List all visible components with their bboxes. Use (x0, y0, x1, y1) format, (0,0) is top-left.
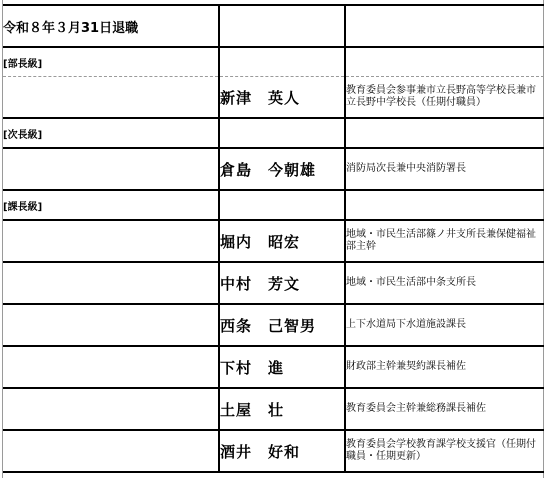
empty-cell (3, 430, 219, 472)
rank-header-row: [次長級] (3, 118, 544, 148)
title-row: 令和８年３月31日退職 (3, 5, 544, 47)
rank-header-row: [課長級] (3, 190, 544, 220)
table-row: 下村 進 財政部主幹兼契約課長補佐 (3, 346, 544, 388)
table-row: 西条 己智男 上下水道局下水道施設課長 (3, 304, 544, 346)
empty-cell (345, 190, 544, 220)
person-name: 中村 芳文 (219, 262, 345, 304)
rank-label-kacho: [課長級] (3, 190, 219, 220)
empty-cell (3, 262, 219, 304)
empty-cell (345, 118, 544, 148)
rank-label-jicho: [次長級] (3, 118, 219, 148)
table-row: 倉島 今朝雄 消防局次長兼中央消防署長 (3, 148, 544, 190)
person-name: 土屋 壮 (219, 388, 345, 430)
empty-cell (3, 304, 219, 346)
empty-cell (3, 220, 219, 262)
table-row: 土屋 壮 教育委員会主幹兼総務課長補佐 (3, 388, 544, 430)
person-post: 教育委員会参事兼市立長野高等学校長兼市立長野中学校長（任期付職員） (345, 77, 544, 119)
rank-label-bucho: [部長級] (3, 47, 219, 77)
person-post: 教育委員会主幹兼総務課長補佐 (345, 388, 544, 430)
person-post: 財政部主幹兼契約課長補佐 (345, 346, 544, 388)
person-name: 酒井 好和 (219, 430, 345, 472)
rank-header-row: [部長級] (3, 47, 544, 77)
empty-cell (219, 47, 345, 77)
person-post: 教育委員会学校教育課学校支援官（任期付職員・任期更新） (345, 430, 544, 472)
empty-cell (345, 47, 544, 77)
empty-cell (3, 77, 219, 119)
empty-cell (3, 388, 219, 430)
person-name: 倉島 今朝雄 (219, 148, 345, 190)
empty-cell (219, 190, 345, 220)
empty-cell (3, 346, 219, 388)
person-post: 地域・市民生活部篠ノ井支所長兼保健福祉部主幹 (345, 220, 544, 262)
table-row: 堀内 昭宏 地域・市民生活部篠ノ井支所長兼保健福祉部主幹 (3, 220, 544, 262)
table-row: 中村 芳文 地域・市民生活部中条支所長 (3, 262, 544, 304)
empty-cell (219, 118, 345, 148)
person-post: 地域・市民生活部中条支所長 (345, 262, 544, 304)
document-title: 令和８年３月31日退職 (3, 5, 219, 47)
person-post: 消防局次長兼中央消防署長 (345, 148, 544, 190)
empty-cell (3, 148, 219, 190)
person-name: 下村 進 (219, 346, 345, 388)
person-name: 西条 己智男 (219, 304, 345, 346)
person-name: 新津 英人 (219, 77, 345, 119)
table-row: 酒井 好和 教育委員会学校教育課学校支援官（任期付職員・任期更新） (3, 430, 544, 472)
table-row: 新津 英人 教育委員会参事兼市立長野高等学校長兼市立長野中学校長（任期付職員） (3, 77, 544, 119)
retirement-roster-table: 令和８年３月31日退職 [部長級] 新津 英人 教育委員会参事兼市立長野高等学校… (3, 4, 544, 473)
empty-cell (219, 5, 345, 47)
empty-cell (345, 5, 544, 47)
person-post: 上下水道局下水道施設課長 (345, 304, 544, 346)
person-name: 堀内 昭宏 (219, 220, 345, 262)
